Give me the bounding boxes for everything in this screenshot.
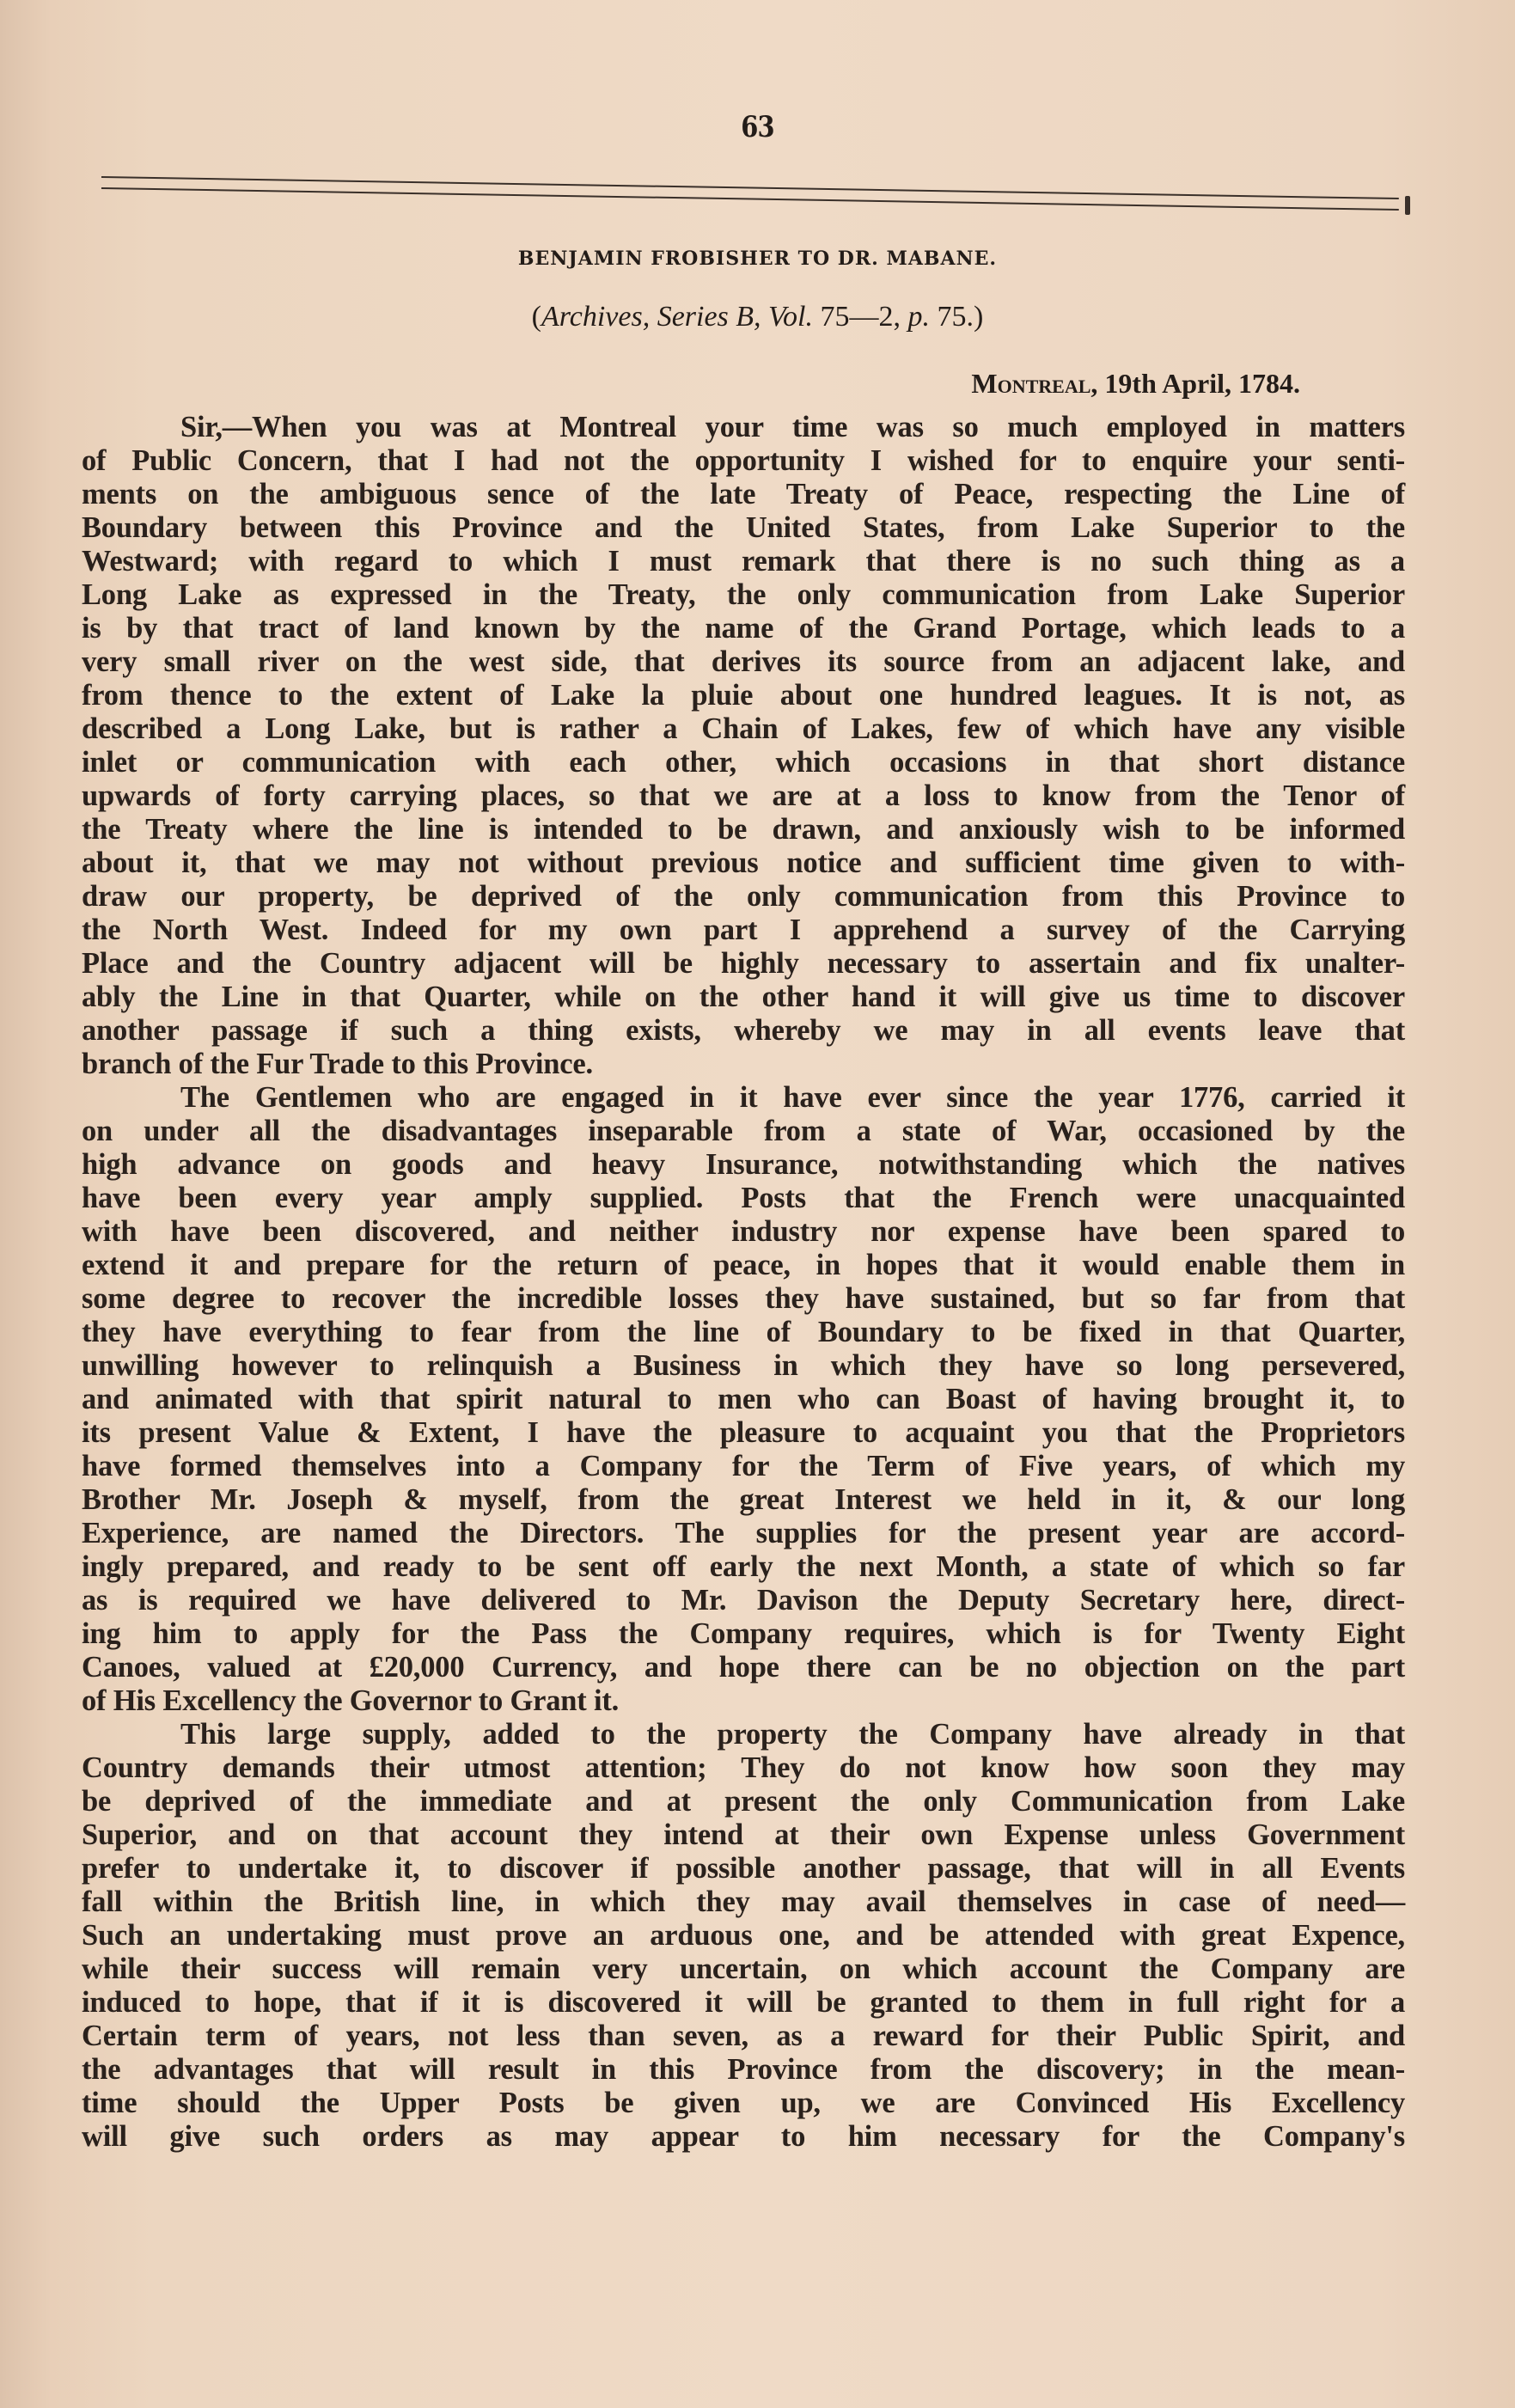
header-rule-top bbox=[101, 176, 1399, 199]
letter-body: Sir,—When you was at Montreal your time … bbox=[82, 411, 1405, 2154]
body-line: Place and the Country adjacent will be h… bbox=[82, 947, 1405, 981]
body-line: have been every year amply supplied. Pos… bbox=[82, 1182, 1405, 1215]
citation-page-label: p. bbox=[908, 301, 931, 333]
body-line: is by that tract of land known by the na… bbox=[82, 612, 1405, 645]
header-rule-bottom bbox=[101, 187, 1399, 211]
body-line: described a Long Lake, but is rather a C… bbox=[82, 712, 1405, 746]
body-line: prefer to undertake it, to discover if p… bbox=[82, 1852, 1405, 1885]
body-line: about it, that we may not without previo… bbox=[82, 846, 1405, 880]
body-line: Superior, and on that account they inten… bbox=[82, 1818, 1405, 1852]
body-line: with have been discovered, and neither i… bbox=[82, 1215, 1405, 1249]
body-line: branch of the Fur Trade to this Province… bbox=[82, 1048, 1405, 1081]
body-line: Westward; with regard to which I must re… bbox=[82, 545, 1405, 578]
body-line: ably the Line in that Quarter, while on … bbox=[82, 981, 1405, 1014]
body-line: This large supply, added to the property… bbox=[82, 1718, 1405, 1751]
body-line: ingly prepared, and ready to be sent off… bbox=[82, 1550, 1405, 1584]
body-line: Such an undertaking must prove an arduou… bbox=[82, 1919, 1405, 1953]
body-line: another passage if such a thing exists, … bbox=[82, 1014, 1405, 1048]
body-line: the advantages that will result in this … bbox=[82, 2053, 1405, 2087]
body-line: ing him to apply for the Pass the Compan… bbox=[82, 1617, 1405, 1651]
body-line: of Public Concern, that I had not the op… bbox=[82, 444, 1405, 478]
body-line: as is required we have delivered to Mr. … bbox=[82, 1584, 1405, 1617]
body-line: while their success will remain very unc… bbox=[82, 1953, 1405, 1986]
citation-open: ( bbox=[532, 301, 541, 333]
body-line: Canoes, valued at £20,000 Currency, and … bbox=[82, 1651, 1405, 1684]
body-line: extend it and prepare for the return of … bbox=[82, 1249, 1405, 1282]
header-rule-end-ornament bbox=[1405, 196, 1410, 215]
citation-archives: Archives, Series B, Vol. bbox=[541, 301, 813, 333]
body-line: will give such orders as may appear to h… bbox=[82, 2120, 1405, 2154]
body-line: from thence to the extent of Lake la plu… bbox=[82, 679, 1405, 712]
body-line: have formed themselves into a Company fo… bbox=[82, 1450, 1405, 1483]
body-line: draw our property, be deprived of the on… bbox=[82, 880, 1405, 914]
body-line: Long Lake as expressed in the Treaty, th… bbox=[82, 578, 1405, 612]
citation-ref: 75—2, bbox=[813, 301, 908, 333]
body-line: Experience, are named the Directors. The… bbox=[82, 1517, 1405, 1550]
body-line: The Gentlemen who are engaged in it have… bbox=[82, 1081, 1405, 1115]
body-line: ments on the ambiguous sence of the late… bbox=[82, 478, 1405, 511]
body-line: very small river on the west side, that … bbox=[82, 645, 1405, 679]
body-line: inlet or communication with each other, … bbox=[82, 746, 1405, 779]
citation-page-number: 75.) bbox=[930, 301, 983, 333]
body-line: on under all the disadvantages inseparab… bbox=[82, 1115, 1405, 1148]
body-line: Sir,—When you was at Montreal your time … bbox=[82, 411, 1405, 444]
body-line: Country demands their utmost attention; … bbox=[82, 1751, 1405, 1785]
body-line: the North West. Indeed for my own part I… bbox=[82, 914, 1405, 947]
dateline-date: , 19th April, 1784. bbox=[1090, 368, 1300, 399]
dateline: Montreal, 19th April, 1784. bbox=[971, 368, 1300, 400]
body-line: Certain term of years, not less than sev… bbox=[82, 2020, 1405, 2053]
body-line: some degree to recover the incredible lo… bbox=[82, 1282, 1405, 1316]
letter-title: BENJAMIN FROBISHER TO DR. MABANE. bbox=[0, 248, 1515, 270]
source-citation: (Archives, Series B, Vol. 75—2, p. 75.) bbox=[0, 301, 1515, 333]
page-number: 63 bbox=[113, 110, 1402, 144]
body-line: Brother Mr. Joseph & myself, from the gr… bbox=[82, 1483, 1405, 1517]
body-line: its present Value & Extent, I have the p… bbox=[82, 1416, 1405, 1450]
body-line: induced to hope, that if it is discovere… bbox=[82, 1986, 1405, 2020]
body-line: fall within the British line, in which t… bbox=[82, 1885, 1405, 1919]
body-line: be deprived of the immediate and at pres… bbox=[82, 1785, 1405, 1818]
body-line: and animated with that spirit natural to… bbox=[82, 1383, 1405, 1416]
body-line: upwards of forty carrying places, so tha… bbox=[82, 779, 1405, 813]
body-line: Boundary between this Province and the U… bbox=[82, 511, 1405, 545]
dateline-place: Montreal bbox=[971, 368, 1090, 399]
body-line: time should the Upper Posts be given up,… bbox=[82, 2087, 1405, 2120]
body-line: high advance on goods and heavy Insuranc… bbox=[82, 1148, 1405, 1182]
body-line: unwilling however to relinquish a Busine… bbox=[82, 1349, 1405, 1383]
body-line: the Treaty where the line is intended to… bbox=[82, 813, 1405, 846]
body-line: of His Excellency the Governor to Grant … bbox=[82, 1684, 1405, 1718]
body-line: they have everything to fear from the li… bbox=[82, 1316, 1405, 1349]
